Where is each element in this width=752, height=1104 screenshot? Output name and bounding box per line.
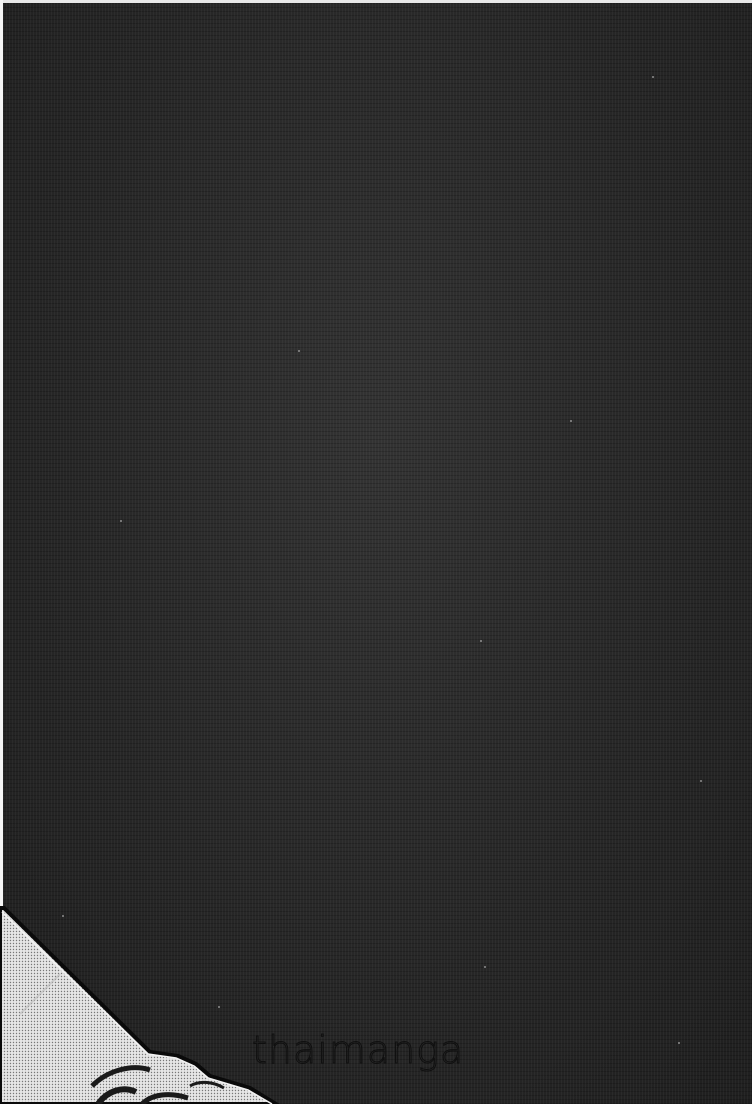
character-figure bbox=[0, 894, 300, 1104]
speck bbox=[298, 350, 300, 352]
watermark-text: thaimanga bbox=[252, 1028, 464, 1072]
manga-page: thaimanga bbox=[0, 0, 752, 1104]
speck bbox=[700, 780, 702, 782]
page-border-top bbox=[0, 0, 752, 3]
speck bbox=[480, 640, 482, 642]
speck bbox=[678, 1042, 680, 1044]
speck bbox=[120, 520, 122, 522]
speck bbox=[652, 76, 654, 78]
speck bbox=[570, 420, 572, 422]
speck bbox=[484, 966, 486, 968]
